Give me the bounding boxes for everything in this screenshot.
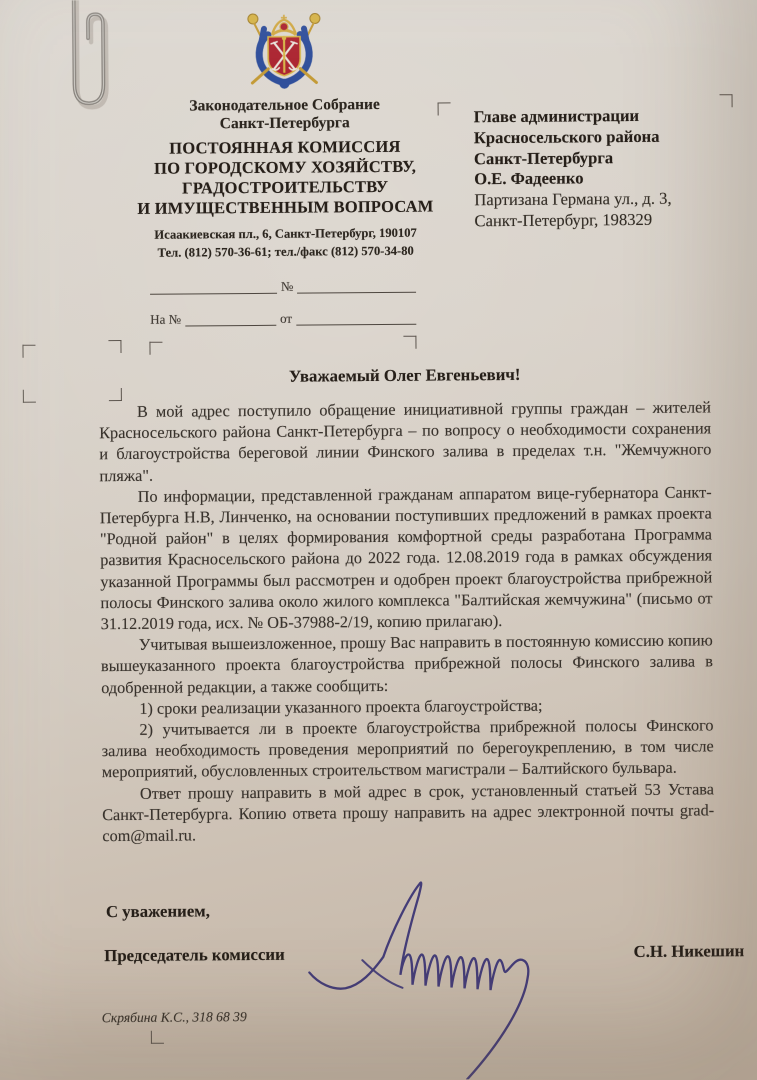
crop-mark [403, 336, 416, 349]
body-paragraph: По информации, представленной гражданам … [100, 481, 713, 634]
body-paragraph: Ответ прошу направить в мой адрес в срок… [102, 778, 714, 846]
ref-blank-field [297, 277, 416, 294]
crop-mark [438, 102, 451, 115]
crop-mark [109, 388, 122, 401]
org-phone: Тел. (812) 570-36-61; тел./факс (812) 57… [86, 243, 486, 261]
ref-incoming-line: На № от [150, 304, 416, 327]
spb-coat-of-arms-icon [238, 6, 331, 93]
letter-body: В мой адрес поступило обращение инициати… [99, 396, 714, 846]
letterhead: Законодательное Собрание Санкт-Петербург… [84, 5, 486, 261]
ref-on-number-label: На № [150, 312, 185, 327]
ref-number-line: № [150, 272, 416, 295]
crop-mark [151, 1031, 164, 1044]
salutation: Уважаемый Олег Евгеньевич! [99, 363, 711, 388]
recipient-address-line: Санкт-Петербург, 198329 [474, 209, 754, 232]
crop-mark [149, 342, 162, 355]
org-name-line2: Санкт-Петербурга [85, 113, 485, 134]
recipient-line: Санкт-Петербурга [474, 147, 754, 170]
ref-number-label: № [277, 279, 298, 294]
commission-name-line4: И ИМУЩЕСТВЕННЫМ ВОПРОСАМ [85, 196, 485, 219]
signer-title: Председатель комиссии [104, 945, 285, 966]
executor-note: Скрябина К.С., 318 68 39 [102, 1009, 247, 1026]
ref-blank-field [185, 310, 276, 327]
body-list-item: 2) учитывается ли в проекте благоустройс… [101, 714, 713, 782]
recipient-line: Красносельского района [474, 126, 754, 149]
recipient-line: О.Е. Фадеенко [474, 167, 754, 190]
recipient-block: Главе администрации Красносельского райо… [474, 105, 755, 232]
crop-mark [108, 340, 121, 353]
ref-blank-field [150, 278, 277, 295]
crop-mark [23, 390, 36, 403]
closing-line: С уважением, [106, 901, 210, 922]
ref-from-label: от [276, 311, 296, 326]
body-paragraph: Учитывая вышеизложенное, прошу Вас напра… [101, 630, 713, 698]
crop-mark [22, 345, 35, 358]
crop-mark [720, 94, 733, 107]
photographed-letter-page: Законодательное Собрание Санкт-Петербург… [0, 0, 757, 1080]
body-paragraph: В мой адрес поступило обращение инициати… [99, 396, 712, 486]
handwritten-signature-icon [296, 873, 542, 1080]
ref-blank-field [296, 309, 416, 326]
org-address: Исаакиевская пл., 6, Санкт-Петербург, 19… [86, 225, 486, 243]
recipient-address-line: Партизана Германа ул., д. 3, [474, 188, 754, 211]
recipient-line: Главе администрации [474, 105, 754, 128]
signer-name: С.Н. Никешин [633, 941, 744, 962]
